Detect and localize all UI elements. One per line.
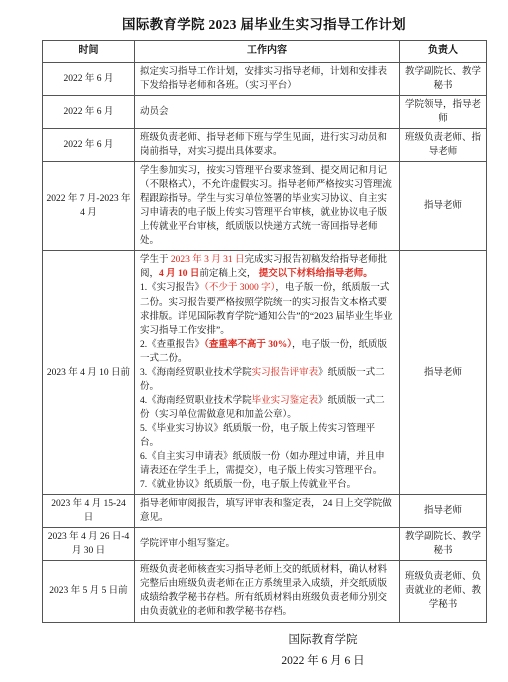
document-page: 国际教育学院 2023 届毕业生实习指导工作计划 时间 工作内容 负责人 202…: [0, 0, 508, 682]
owner-cell: 班级负责老师、负责就业的老师、教学秘书: [400, 561, 487, 622]
content-cell: 指导老师审阅报告，填写评审表和鉴定表， 24 日上交学院做意见。: [135, 495, 400, 528]
time-cell: 2022 年 6 月: [43, 128, 135, 161]
table-row: 2023 年 4 月 26 日-4 月 30 日学院评审小组写鉴定。教学副院长、…: [43, 528, 487, 561]
text-segment: 指导老师审阅报告，填写评审表和鉴定表， 24 日上交学院做意见。: [140, 499, 392, 523]
content-cell: 班级负责老师、指导老师下班与学生见面，进行实习动员和岗前指导，对实习提出具体要求…: [135, 128, 400, 161]
text-segment: 5.《毕业实习协议》纸质版一份，电子版上传实习管理平台。: [140, 424, 375, 448]
content-paragraph: 2.《查重报告》（查重率不高于 30%），电子版一份，纸质版一式二份。: [140, 338, 394, 366]
table-row: 2022 年 6 月班级负责老师、指导老师下班与学生见面，进行实习动员和岗前指导…: [43, 128, 487, 161]
signature-org: 国际教育学院: [223, 630, 423, 651]
column-header-time: 时间: [43, 41, 135, 63]
content-paragraph: 拟定实习指导工作计划，安排实习指导老师，计划和安排表下发给指导老师和各班。（实习…: [140, 65, 394, 93]
owner-cell: 教学副院长、教学秘书: [400, 62, 487, 95]
owner-cell: 教学副院长、教学秘书: [400, 528, 487, 561]
time-cell: 2023 年 4 月 26 日-4 月 30 日: [43, 528, 135, 561]
content-paragraph: 班级负责老师核查实习指导老师上交的纸质材料，确认材料完整后由班级负责老师在正方系…: [140, 563, 394, 619]
time-cell: 2022 年 6 月: [43, 95, 135, 128]
column-header-owner: 负责人: [400, 41, 487, 63]
content-paragraph: 动员会: [140, 105, 394, 119]
work-plan-table: 时间 工作内容 负责人 2022 年 6 月拟定实习指导工作计划，安排实习指导老…: [42, 40, 487, 623]
text-segment: 3.《海南经贸职业技术学院: [140, 368, 252, 378]
time-cell: 2022 年 7 月-2023 年 4 月: [43, 162, 135, 251]
text-segment: 班级负责老师、指导老师下班与学生见面，进行实习动员和岗前指导，对实习提出具体要求…: [140, 133, 387, 157]
page-title: 国际教育学院 2023 届毕业生实习指导工作计划: [42, 13, 486, 33]
text-segment: （不少于 3000 字）: [204, 283, 275, 293]
content-paragraph: 指导老师审阅报告，填写评审表和鉴定表， 24 日上交学院做意见。: [140, 497, 394, 525]
table-row: 2023 年 4 月 15-24 日指导老师审阅报告，填写评审表和鉴定表， 24…: [43, 495, 487, 528]
owner-cell: 学院领导，指导老师: [400, 95, 487, 128]
table-row: 2023 年 5 月 5 日前班级负责老师核查实习指导老师上交的纸质材料，确认材…: [43, 561, 487, 622]
table-body: 2022 年 6 月拟定实习指导工作计划，安排实习指导老师，计划和安排表下发给指…: [43, 62, 487, 622]
text-segment: （查重率不高于 30%）: [204, 340, 292, 350]
content-cell: 动员会: [135, 95, 400, 128]
time-cell: 2023 年 4 月 15-24 日: [43, 495, 135, 528]
content-cell: 学生参加实习，按实习管理平台要求签到、提交周记和月记（不限格式），不允许虚假实习…: [135, 162, 400, 251]
time-cell: 2023 年 5 月 5 日前: [43, 561, 135, 622]
text-segment: 毕业实习鉴定表: [252, 396, 319, 406]
content-paragraph: 5.《毕业实习协议》纸质版一份，电子版上传实习管理平台。: [140, 422, 394, 450]
text-segment: 前定稿上交，: [199, 269, 258, 279]
text-segment: 1.《实习报告》: [140, 283, 204, 293]
table-row: 2022 年 6 月拟定实习指导工作计划，安排实习指导老师，计划和安排表下发给指…: [43, 62, 487, 95]
text-segment: 动员会: [140, 107, 169, 117]
content-paragraph: 1.《实习报告》（不少于 3000 字），电子版一份，纸质版一式二份。实习报告要…: [140, 281, 394, 337]
column-header-content: 工作内容: [135, 41, 400, 63]
content-paragraph: 6.《自主实习申请表》纸质版一份（如办理过申请，并且申请表还在学生手上，需提交）…: [140, 450, 394, 478]
text-segment: 学院评审小组写鉴定。: [140, 539, 235, 549]
owner-cell: 指导老师: [400, 251, 487, 495]
content-cell: 拟定实习指导工作计划，安排实习指导老师，计划和安排表下发给指导老师和各班。（实习…: [135, 62, 400, 95]
text-segment: 实习报告评审表: [252, 368, 319, 378]
text-segment: 6.《自主实习申请表》纸质版一份（如办理过申请，并且申请表还在学生手上，需提交）…: [140, 452, 385, 476]
time-cell: 2023 年 4 月 10 日前: [43, 251, 135, 495]
text-segment: 2023 年 3 月 31 日: [171, 255, 245, 265]
content-paragraph: 3.《海南经贸职业技术学院实习报告评审表》纸质版一式二份。: [140, 366, 394, 394]
table-row: 2023 年 4 月 10 日前学生于 2023 年 3 月 31 日完成实习报…: [43, 251, 487, 495]
table-header-row: 时间 工作内容 负责人: [43, 41, 487, 63]
text-segment: 班级负责老师核查实习指导老师上交的纸质材料，确认材料完整后由班级负责老师在正方系…: [140, 565, 387, 617]
content-paragraph: 班级负责老师、指导老师下班与学生见面，进行实习动员和岗前指导，对实习提出具体要求…: [140, 131, 394, 159]
table-row: 2022 年 7 月-2023 年 4 月学生参加实习，按实习管理平台要求签到、…: [43, 162, 487, 251]
text-segment: 拟定实习指导工作计划，安排实习指导老师，计划和安排表下发给指导老师和各班。（实习…: [140, 67, 387, 91]
signature-date: 2022 年 6 月 6 日: [223, 651, 423, 672]
text-segment: 学生于: [140, 255, 171, 265]
text-segment: 7.《就业协议》纸质版一份，电子版上传就业平台。: [140, 480, 356, 490]
text-segment: 2.《查重报告》: [140, 340, 204, 350]
owner-cell: 指导老师: [400, 495, 487, 528]
time-cell: 2022 年 6 月: [43, 62, 135, 95]
text-segment: 学生参加实习，按实习管理平台要求签到、提交周记和月记（不限格式），不允许虚假实习…: [140, 166, 392, 246]
content-cell: 学院评审小组写鉴定。: [135, 528, 400, 561]
content-cell: 学生于 2023 年 3 月 31 日完成实习报告初稿发给指导老师批阅，4 月 …: [135, 251, 400, 495]
content-paragraph: 7.《就业协议》纸质版一份，电子版上传就业平台。: [140, 478, 394, 492]
owner-cell: 指导老师: [400, 162, 487, 251]
signature-block: 国际教育学院 2022 年 6 月 6 日: [223, 630, 423, 682]
content-paragraph: 学生于 2023 年 3 月 31 日完成实习报告初稿发给指导老师批阅，4 月 …: [140, 253, 394, 281]
content-paragraph: 学院评审小组写鉴定。: [140, 537, 394, 551]
text-segment: 4.《海南经贸职业技术学院: [140, 396, 252, 406]
content-paragraph: 4.《海南经贸职业技术学院毕业实习鉴定表》纸质版一式二份（实习单位需做意见和加盖…: [140, 394, 394, 422]
content-cell: 班级负责老师核查实习指导老师上交的纸质材料，确认材料完整后由班级负责老师在正方系…: [135, 561, 400, 622]
table-row: 2022 年 6 月动员会学院领导，指导老师: [43, 95, 487, 128]
content-paragraph: 学生参加实习，按实习管理平台要求签到、提交周记和月记（不限格式），不允许虚假实习…: [140, 164, 394, 248]
text-segment: 提交以下材料给指导老师。: [259, 269, 373, 279]
text-segment: 4 月 10 日: [159, 269, 199, 279]
owner-cell: 班级负责老师、指导老师: [400, 128, 487, 161]
